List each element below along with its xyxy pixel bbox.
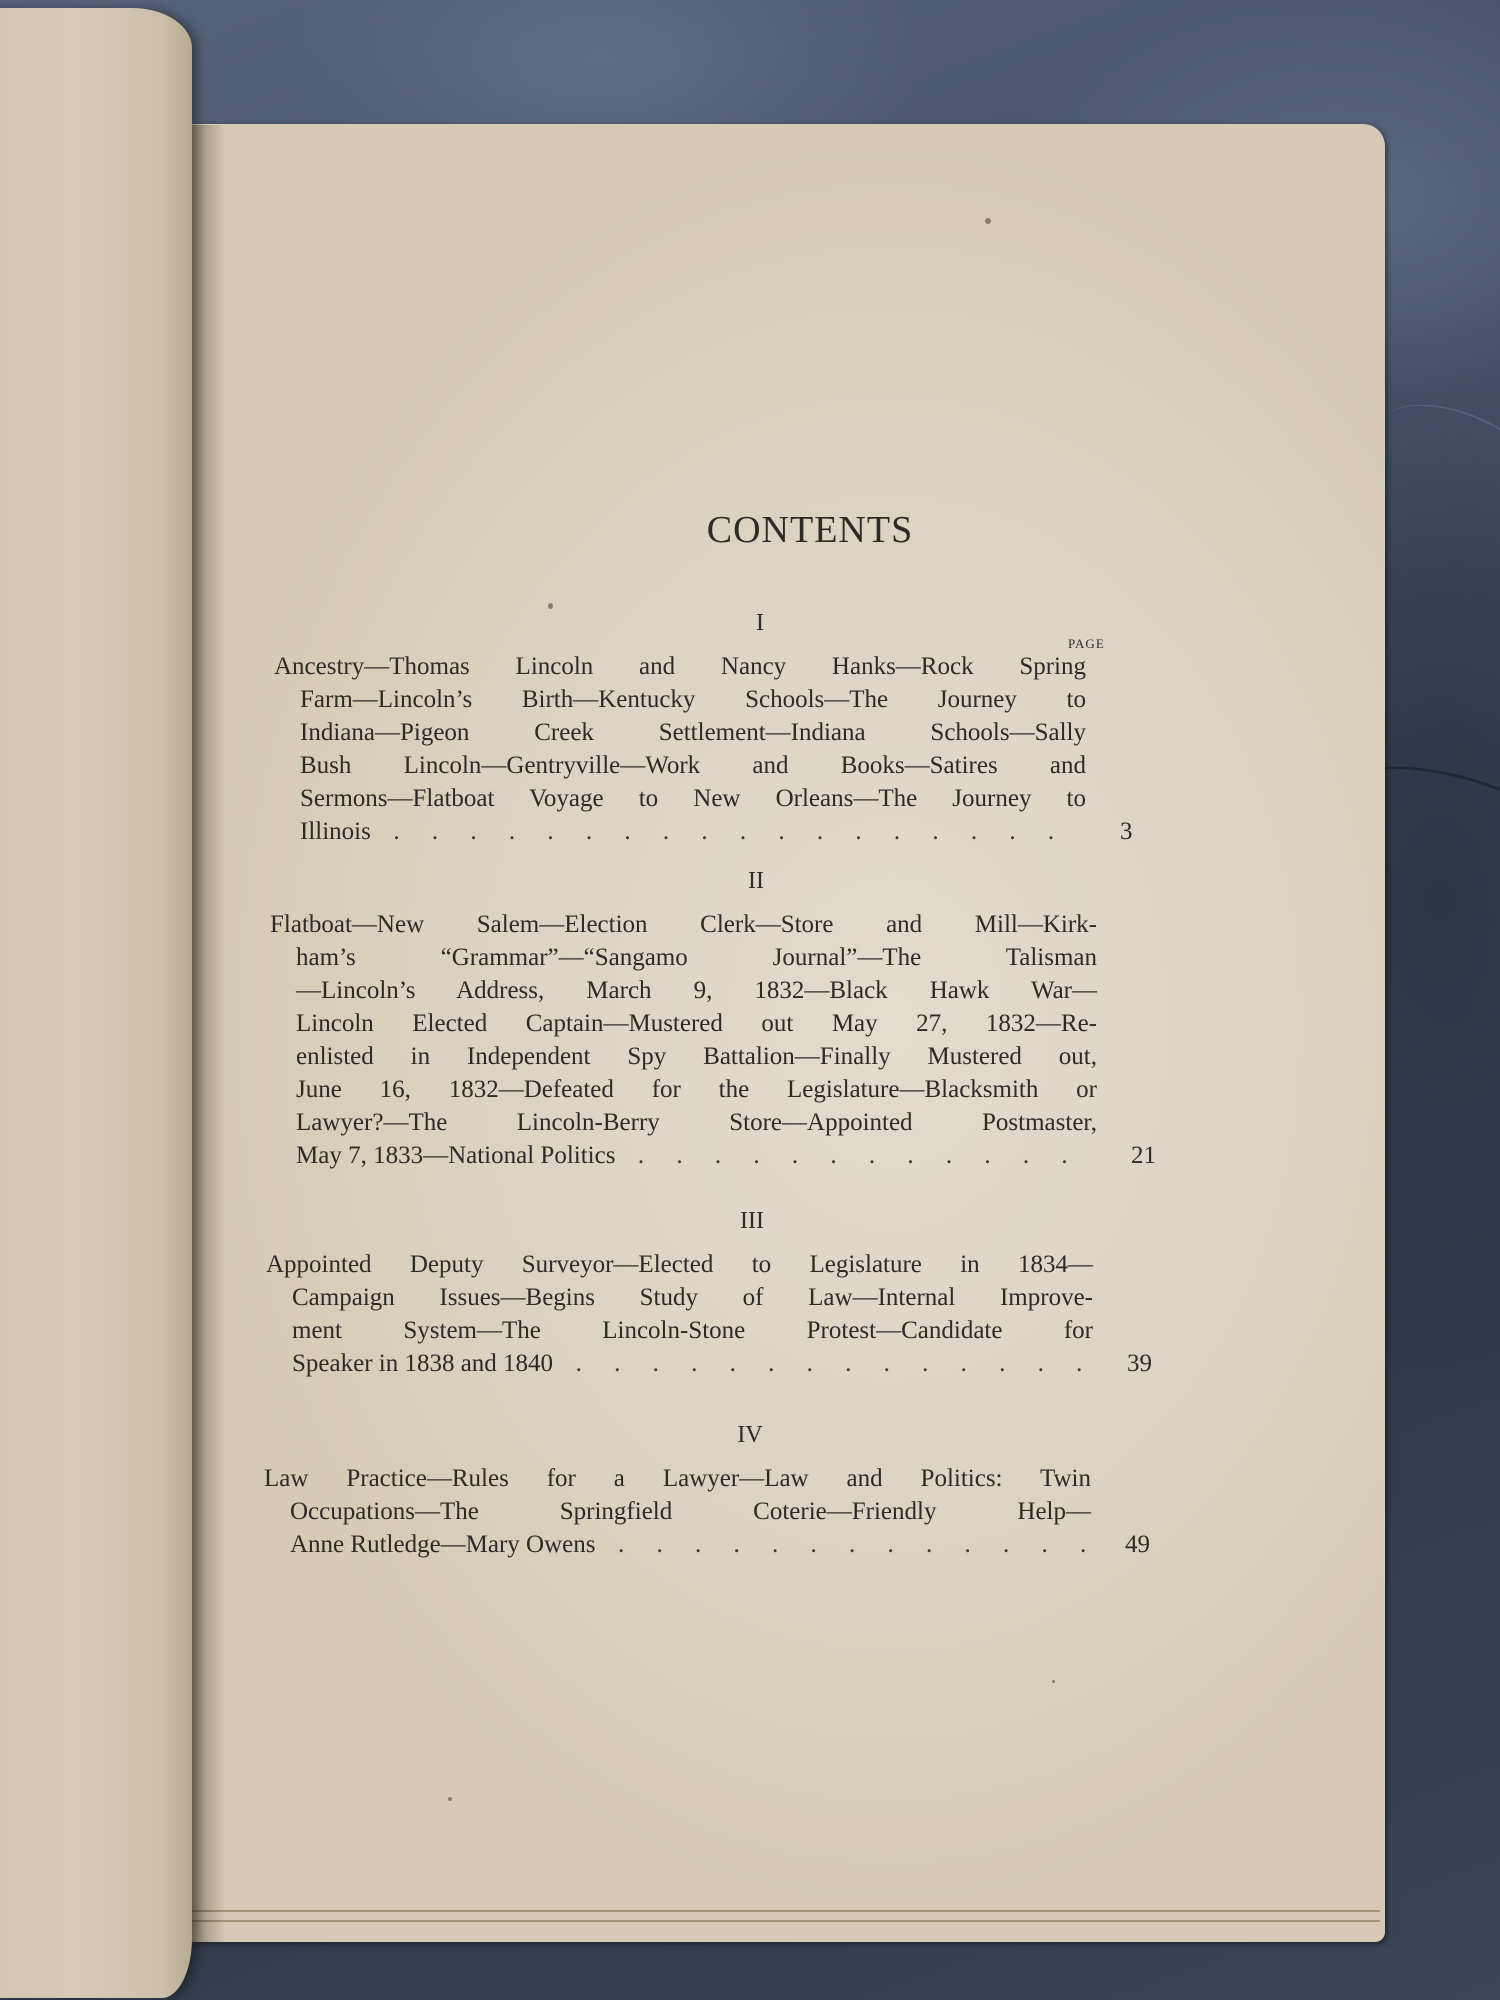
summary-line: Law Practice—Rules for a Lawyer—Law and … [290,1462,1091,1495]
chapter-summary: Flatboat—New Salem—Election Clerk—Store … [296,908,1097,1172]
dot-leader [371,815,1086,848]
summary-line: May 7, 1833—National Politics [322,1139,615,1172]
summary-line: Occupations—The Springfield Coterie—Frie… [316,1495,1091,1528]
summary-line: —Lincoln’s Address, March 9, 1832—Black … [322,974,1097,1007]
summary-line: Lincoln Elected Captain—Mustered out May… [322,1007,1097,1040]
summary-last-line: Illinois 3 [326,815,1086,848]
dot-leader [596,1528,1092,1561]
summary-line: Speaker in 1838 and 1840 [318,1347,553,1380]
summary-line: Farm—Lincoln’s Birth—Kentucky Schools—Th… [326,683,1086,716]
summary-line: Illinois [326,815,371,848]
table-of-contents: CONTENTS PAGE I Ancestry—Thomas Lincoln … [0,0,1500,2000]
summary-line: Flatboat—New Salem—Election Clerk—Store … [296,908,1097,941]
chapter-summary: Law Practice—Rules for a Lawyer—Law and … [290,1462,1091,1561]
summary-line: Indiana—Pigeon Creek Settlement—Indiana … [326,716,1086,749]
chapter-entry-2: II Flatboat—New Salem—Election Clerk—Sto… [296,868,1116,1172]
summary-line: Sermons—Flatboat Voyage to New Orleans—T… [326,782,1086,815]
summary-line: ham’s “Grammar”—“Sangamo Journal”—The Ta… [322,941,1097,974]
summary-line: enlisted in Independent Spy Battalion—Fi… [322,1040,1097,1073]
summary-line: Bush Lincoln—Gentryville—Work and Books—… [326,749,1086,782]
summary-line: Appointed Deputy Surveyor—Elected to Leg… [292,1248,1093,1281]
summary-last-line: Speaker in 1838 and 1840 39 [318,1347,1093,1380]
chapter-summary: Ancestry—Thomas Lincoln and Nancy Hanks—… [300,650,1086,848]
page-title: CONTENTS [0,508,1500,552]
summary-last-line: Anne Rutledge—Mary Owens 49 [316,1528,1091,1561]
chapter-numeral: IV [340,1422,1160,1462]
summary-line: June 16, 1832—Defeated for the Legislatu… [322,1073,1097,1106]
summary-line: Lawyer?—The Lincoln-Berry Store—Appointe… [322,1106,1097,1139]
summary-line: Ancestry—Thomas Lincoln and Nancy Hanks—… [300,650,1086,683]
chapter-numeral: I [350,610,1170,650]
chapter-entry-1: I Ancestry—Thomas Lincoln and Nancy Hank… [300,610,1120,848]
chapter-numeral: II [346,868,1166,908]
summary-line: Anne Rutledge—Mary Owens [316,1528,596,1561]
chapter-entry-3: III Appointed Deputy Surveyor—Elected to… [292,1208,1112,1380]
chapter-entry-4: IV Law Practice—Rules for a Lawyer—Law a… [290,1422,1110,1561]
chapter-numeral: III [342,1208,1162,1248]
summary-last-line: May 7, 1833—National Politics 21 [322,1139,1097,1172]
summary-line: Campaign Issues—Begins Study of Law—Inte… [318,1281,1093,1314]
dot-leader [553,1347,1093,1380]
chapter-summary: Appointed Deputy Surveyor—Elected to Leg… [292,1248,1093,1380]
summary-line: ment System—The Lincoln-Stone Protest—Ca… [318,1314,1093,1347]
dot-leader [615,1139,1097,1172]
